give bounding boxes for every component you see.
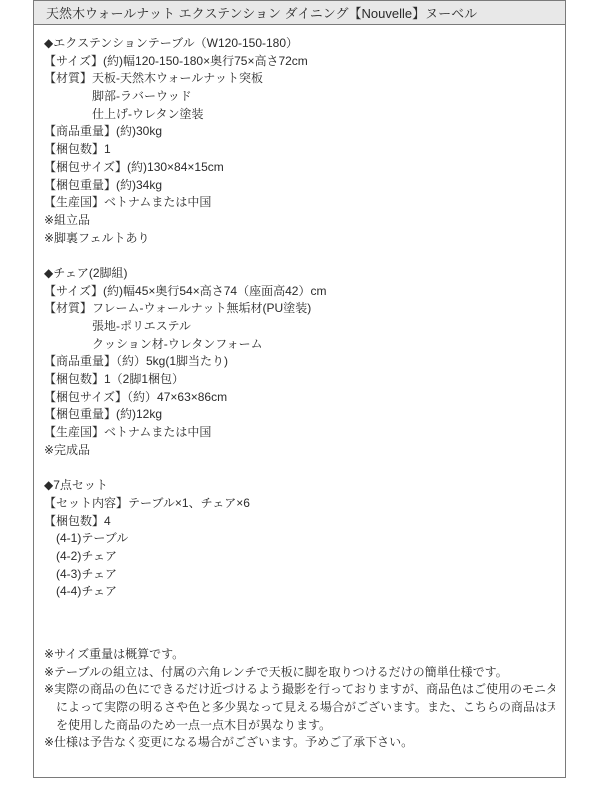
- spec-document: 天然木ウォールナット エクステンション ダイニング【Nouvelle】ヌーベル …: [33, 0, 566, 778]
- spec-line: 脚部-ラバーウッド: [44, 88, 555, 106]
- document-title-bar: 天然木ウォールナット エクステンション ダイニング【Nouvelle】ヌーベル: [34, 1, 565, 25]
- spec-line: 【梱包重量】(約)34kg: [44, 177, 555, 195]
- spec-line: 【セット内容】テーブル×1、チェア×6: [44, 495, 555, 513]
- spec-line: 【梱包数】1（2脚1梱包）: [44, 371, 555, 389]
- spec-line: ※組立品: [44, 212, 555, 230]
- document-title: 天然木ウォールナット エクステンション ダイニング【Nouvelle】ヌーベル: [46, 3, 477, 22]
- spec-line: 【材質】フレーム-ウォールナット無垢材(PU塗装): [44, 300, 555, 318]
- section-heading: ◆エクステンションテーブル（W120-150-180）: [44, 35, 555, 53]
- spec-section: ◆7点セット【セット内容】テーブル×1、チェア×6【梱包数】4 (4-1)テーブ…: [44, 477, 555, 601]
- spec-line: ※脚裏フェルトあり: [44, 230, 555, 248]
- spec-line: (4-3)チェア: [44, 566, 555, 584]
- spec-line: (4-4)チェア: [44, 583, 555, 601]
- spec-line: ※完成品: [44, 442, 555, 460]
- spec-line: (4-1)テーブル: [44, 530, 555, 548]
- spec-section: ◆エクステンションテーブル（W120-150-180）【サイズ】(約)幅120-…: [44, 35, 555, 247]
- section-heading: ◆チェア(2脚組): [44, 265, 555, 283]
- notes-block: ※サイズ重量は概算です。※テーブルの組立は、付属の六角レンチで天板に脚を取りつけ…: [44, 646, 555, 752]
- spec-line: 【梱包数】4: [44, 513, 555, 531]
- spec-line: クッション材-ウレタンフォーム: [44, 336, 555, 354]
- spec-line: 【生産国】ベトナムまたは中国: [44, 424, 555, 442]
- note-line: を使用した商品のため一点一点木目が異なります。: [44, 717, 555, 735]
- spec-line: 仕上げ-ウレタン塗装: [44, 106, 555, 124]
- spec-line: 【商品重量】(約)30kg: [44, 123, 555, 141]
- spec-line: 【サイズ】(約)幅45×奥行54×高さ74（座面高42）cm: [44, 283, 555, 301]
- spec-line: 【材質】天板-天然木ウォールナット突板: [44, 70, 555, 88]
- spec-line: 【商品重量】（約）5kg(1脚当たり): [44, 353, 555, 371]
- note-line: ※サイズ重量は概算です。: [44, 646, 555, 664]
- spec-section: ◆チェア(2脚組)【サイズ】(約)幅45×奥行54×高さ74（座面高42）cm【…: [44, 265, 555, 460]
- spec-line: 【梱包重量】(約)12kg: [44, 406, 555, 424]
- spec-line: 【梱包サイズ】(約)130×84×15cm: [44, 159, 555, 177]
- section-heading: ◆7点セット: [44, 477, 555, 495]
- spec-line: (4-2)チェア: [44, 548, 555, 566]
- page: 天然木ウォールナット エクステンション ダイニング【Nouvelle】ヌーベル …: [0, 0, 600, 805]
- spec-line: 【梱包サイズ】（約）47×63×86cm: [44, 389, 555, 407]
- note-line: ※実際の商品の色にできるだけ近づけるよう撮影を行っておりますが、商品色はご使用の…: [44, 681, 555, 699]
- spec-line: 【生産国】ベトナムまたは中国: [44, 194, 555, 212]
- note-line: ※仕様は予告なく変更になる場合がございます。予めご了承下さい。: [44, 734, 555, 752]
- note-line: ※テーブルの組立は、付属の六角レンチで天板に脚を取りつけるだけの簡単仕様です。: [44, 664, 555, 682]
- spec-body: ◆エクステンションテーブル（W120-150-180）【サイズ】(約)幅120-…: [34, 25, 565, 752]
- spec-line: 【サイズ】(約)幅120-150-180×奥行75×高さ72cm: [44, 53, 555, 71]
- note-line: によって実際の明るさや色と多少異なって見える場合がございます。また、こちらの商品…: [44, 699, 555, 717]
- spec-line: 【梱包数】1: [44, 141, 555, 159]
- spec-line: 張地-ポリエステル: [44, 318, 555, 336]
